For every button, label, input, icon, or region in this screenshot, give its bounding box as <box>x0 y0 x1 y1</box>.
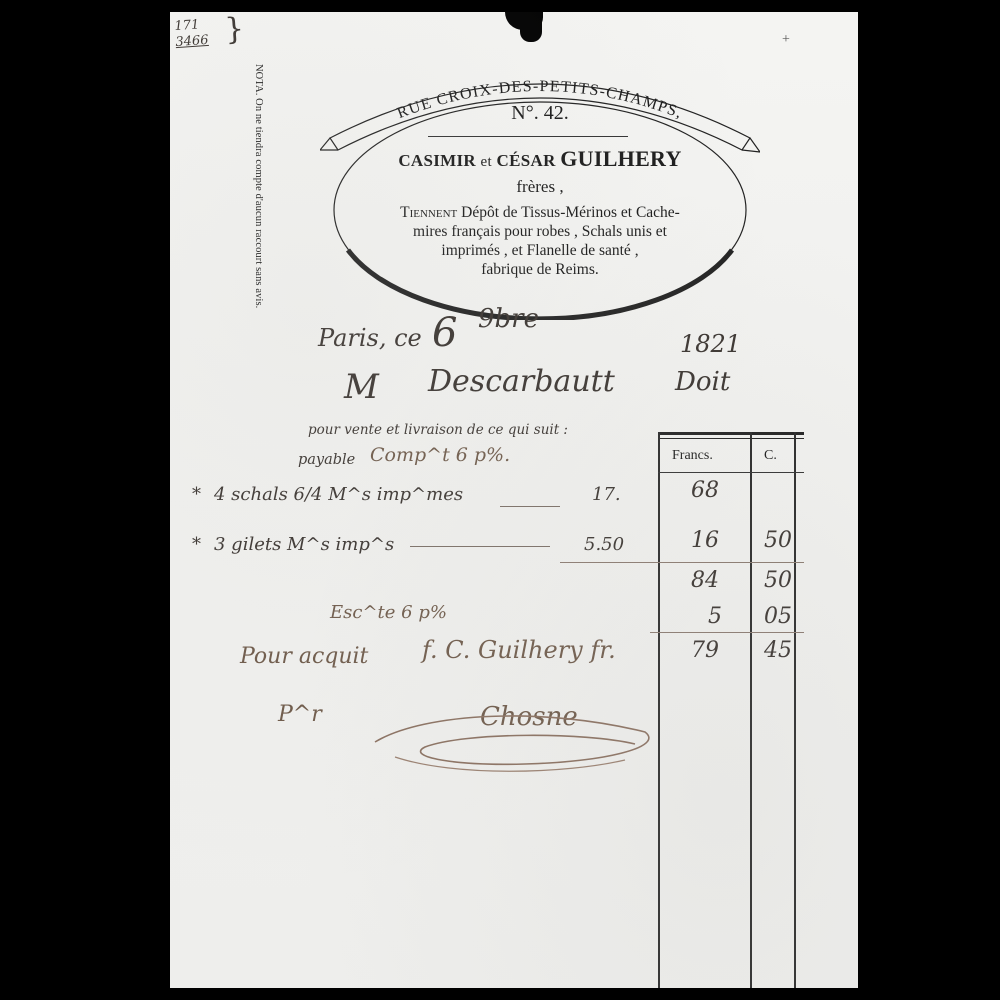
item-leader-line <box>500 506 560 507</box>
column-header-centimes: C. <box>764 448 777 464</box>
desc-lead: Tiennent <box>400 204 457 221</box>
payable-label: payable <box>298 452 355 468</box>
column-line-middle <box>750 432 752 988</box>
item-unit-price: 17. <box>592 484 621 505</box>
subtotal-centimes: 50 <box>758 568 798 593</box>
discount-francs: 5 <box>690 604 740 629</box>
item-centimes: 50 <box>758 528 798 553</box>
columns-top-rule <box>658 438 804 439</box>
name-cesar: CÉSAR <box>497 151 556 170</box>
discount-centimes: 05 <box>758 604 798 629</box>
item-check-mark: * <box>192 484 201 505</box>
desc-line-3: imprimés , et Flanelle de santé , <box>330 241 750 260</box>
name-joiner: et <box>481 154 492 170</box>
archive-ref-bottom: 3466 <box>175 33 209 51</box>
discount-label: Esc^te 6 p% <box>330 602 447 623</box>
street-number: N°. 42. <box>320 102 760 125</box>
nota-side-note: NOTA. On ne tiendra compte d'aucun racco… <box>248 64 264 384</box>
item-description: 3 gilets M^s imp^s <box>214 534 394 555</box>
item-francs: 16 <box>670 528 740 553</box>
total-francs: 79 <box>670 638 740 663</box>
invoice-paper: 171 3466 } NOTA. On ne tiendra compte d'… <box>170 12 858 988</box>
letterhead: RUE CROIX-DES-PETITS-CHAMPS, N°. 42. CAS… <box>320 60 760 320</box>
signer-signature: f. C. Guilhery fr. <box>422 636 616 664</box>
total-rule <box>650 632 804 633</box>
item-description: 4 schals 6/4 M^s imp^mes <box>214 484 463 505</box>
place-label: Paris, ce <box>318 324 422 352</box>
recipient-prefix: M <box>344 367 379 407</box>
recipient-name: Descarbautt <box>428 364 615 399</box>
per-label: P^r <box>278 702 322 727</box>
freres-label: frères , <box>320 177 760 197</box>
desc-line-2: mires français pour robes , Schals unis … <box>330 222 750 241</box>
desc-line-4: fabrique de Reims. <box>330 260 750 279</box>
corner-cross-mark: + <box>782 32 790 48</box>
signature-flourish <box>365 702 665 782</box>
item-unit-price: 5.50 <box>584 534 624 555</box>
paper-tear-notch <box>520 12 542 42</box>
total-centimes: 45 <box>758 638 798 663</box>
letterhead-rule <box>428 136 628 137</box>
amount-columns: Francs. C. <box>658 432 804 988</box>
subtotal-francs: 84 <box>670 568 740 593</box>
item-check-mark: * <box>192 534 201 555</box>
business-description: Tiennent Dépôt de Tissus-Mérinos et Cach… <box>330 203 750 279</box>
merchant-name: CASIMIR et CÉSAR GUILHERY <box>320 146 760 172</box>
brace-mark: } <box>224 14 245 45</box>
acquit-label: Pour acquit <box>240 644 368 669</box>
item-leader-line <box>410 546 550 547</box>
sale-line-label: pour vente et livraison de ce qui suit : <box>308 422 568 438</box>
item-francs: 68 <box>670 478 740 503</box>
scan-background: 171 3466 } NOTA. On ne tiendra compte d'… <box>0 0 1000 1000</box>
name-casimir: CASIMIR <box>398 151 476 170</box>
subtotal-rule <box>560 562 804 563</box>
archive-reference: 171 3466 } <box>174 17 209 51</box>
date-day: 6 <box>432 310 457 356</box>
columns-top-bar <box>658 432 804 435</box>
date-month: 9bre <box>478 304 539 334</box>
date-year: 1821 <box>680 330 741 358</box>
column-header-francs: Francs. <box>672 448 713 464</box>
column-header-rule <box>658 472 804 473</box>
desc-line-1: Dépôt de Tissus-Mérinos et Cache- <box>461 204 680 221</box>
surname-guilhery: GUILHERY <box>560 146 681 171</box>
payable-terms: Comp^t 6 p%. <box>370 444 510 466</box>
doit-label: Doit <box>675 367 730 397</box>
column-line-right <box>794 432 796 988</box>
